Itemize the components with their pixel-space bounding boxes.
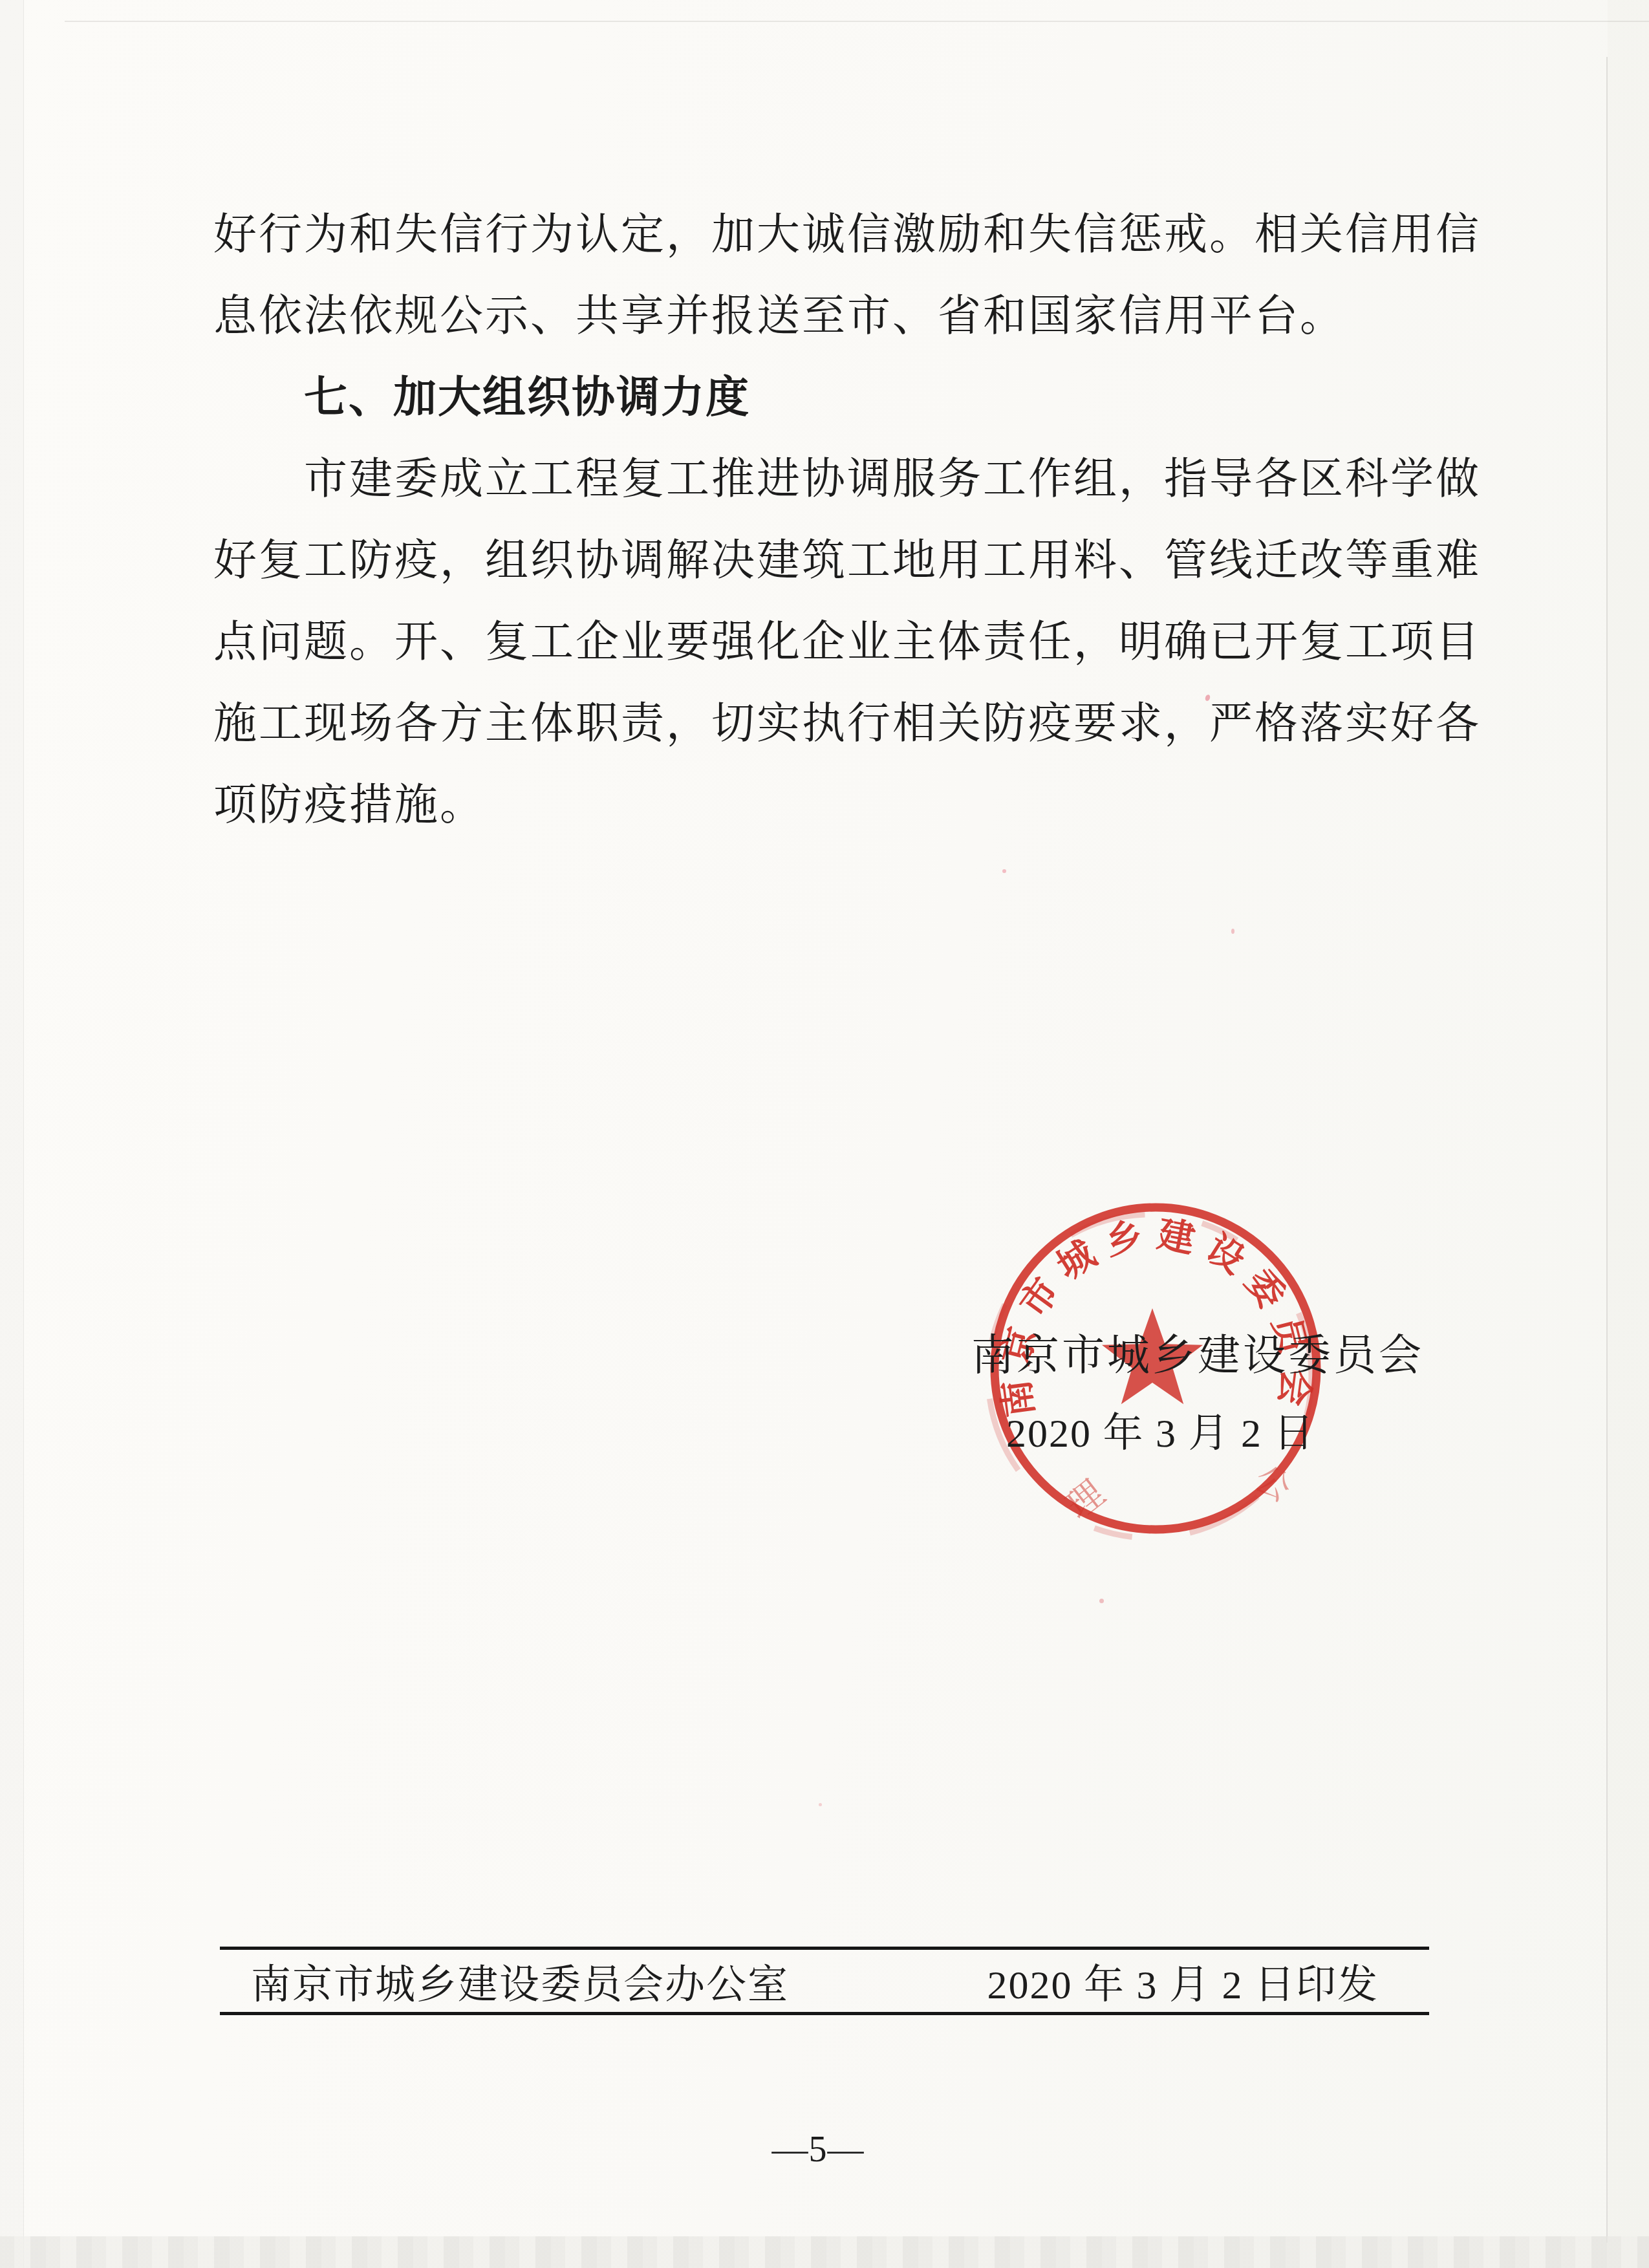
footer-print-date: 2020 年 3 月 2 日印发 (987, 1952, 1379, 2010)
body-line: 项防疫措施。 (213, 780, 1439, 830)
signature-org: 南京市城乡建设委员会 (971, 1321, 1424, 1382)
svg-text:南京市城乡建设委员会: 南京市城乡建设委员会 (995, 1214, 1316, 1419)
signature-date: 2020 年 3 月 2 日 (1006, 1401, 1355, 1458)
section-heading: 七、加大组织协调力度 (213, 373, 1529, 423)
scan-speck (819, 1803, 822, 1806)
seal-arc-text: 南京市城乡建设委员会 (995, 1214, 1316, 1419)
footer-office: 南京市城乡建设委员会办公室 (251, 1952, 789, 2010)
body-line: 点问题。开、复工企业要强化企业主体责任，明确已开复工项目 (213, 617, 1439, 667)
scan-bottom-edge (0, 2236, 1649, 2268)
scan-speck (1002, 869, 1006, 873)
scanned-document-page: 好行为和失信行为认定，加大诚信激励和失信惩戒。相关信用信 息依法依规公示、共享并… (0, 0, 1649, 2268)
scan-right-margin (1608, 0, 1649, 2268)
body-line: 息依法依规公示、共享并报送至市、省和国家信用平台。 (213, 291, 1439, 341)
scan-speck (1099, 1599, 1104, 1603)
footer-imprint: 南京市城乡建设委员会办公室 2020 年 3 月 2 日印发 (220, 1947, 1429, 2015)
body-line: 好行为和失信行为认定，加大诚信激励和失信惩戒。相关信用信 (213, 210, 1439, 260)
body-line: 市建委成立工程复工推进协调服务工作组，指导各区科学做 (213, 454, 1529, 504)
body-line: 施工现场各方主体职责，切实执行相关防疫要求，严格落实好各 (213, 698, 1439, 749)
scan-left-edge (0, 0, 24, 2268)
body-line: 好复工防疫，组织协调解决建筑工地用工用料、管线迁改等重难 (213, 535, 1439, 586)
page-number: —5— (744, 2129, 892, 2170)
scan-speck (1231, 929, 1234, 934)
scan-top-edge (65, 21, 1649, 22)
